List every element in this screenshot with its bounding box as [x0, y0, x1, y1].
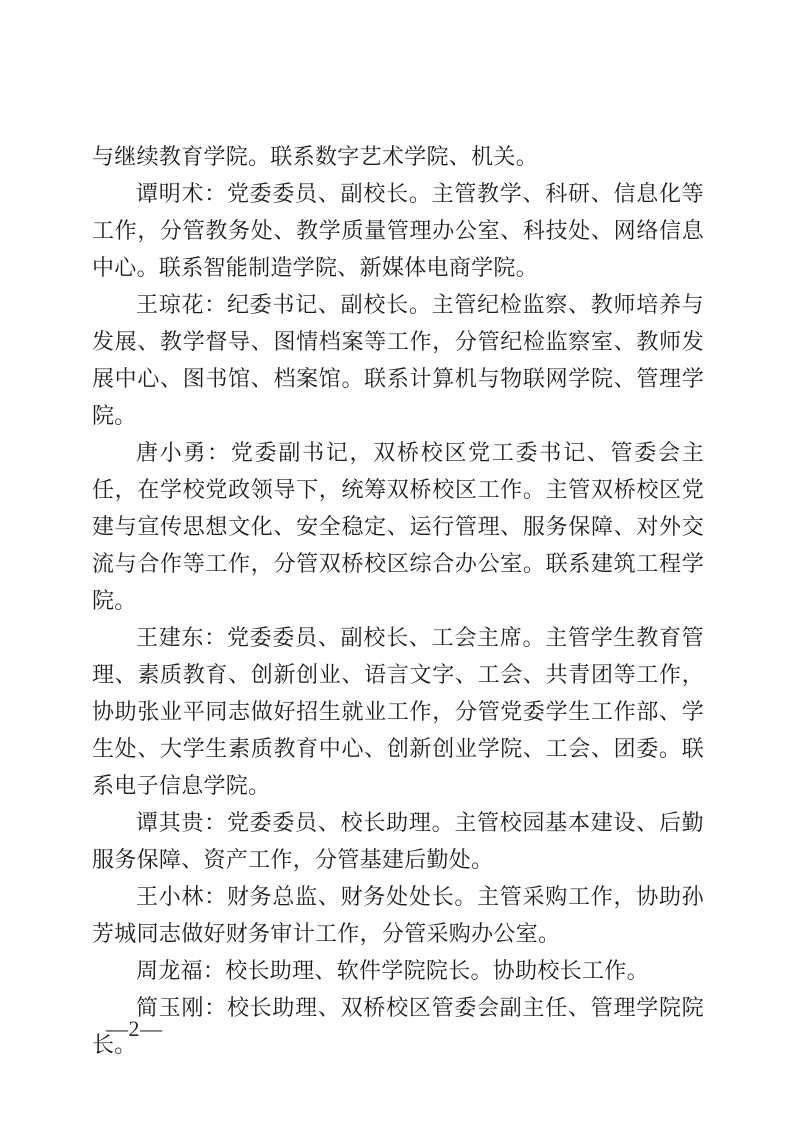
document-page: 与继续教育学院。联系数字艺术学院、机关。 谭明术：党委委员、副校长。主管教学、科… — [0, 0, 794, 1122]
paragraph-continuation: 与继续教育学院。联系数字艺术学院、机关。 — [92, 138, 704, 175]
paragraph-zhou-longfu: 周龙福：校长助理、软件学院院长。协助校长工作。 — [92, 952, 704, 989]
paragraph-tang-xiaoyong: 唐小勇：党委副书记，双桥校区党工委书记、管委会主任，在学校党政领导下，统筹双桥校… — [92, 434, 704, 619]
paragraph-tan-qigui: 谭其贵：党委委员、校长助理。主管校园基本建设、后勤服务保障、资产工作，分管基建后… — [92, 804, 704, 878]
paragraph-wang-xiaolin: 王小林：财务总监、财务处处长。主管采购工作，协助孙芳城同志做好财务审计工作，分管… — [92, 878, 704, 952]
page-number: —2— — [106, 1016, 163, 1042]
paragraph-tan-mingshu: 谭明术：党委委员、副校长。主管教学、科研、信息化等工作，分管教务处、教学质量管理… — [92, 175, 704, 286]
document-body: 与继续教育学院。联系数字艺术学院、机关。 谭明术：党委委员、副校长。主管教学、科… — [92, 138, 704, 1063]
paragraph-jian-yugang: 简玉刚：校长助理、双桥校区管委会副主任、管理学院院长。 — [92, 989, 704, 1063]
paragraph-wang-qionghua: 王琼花：纪委书记、副校长。主管纪检监察、教师培养与发展、教学督导、图情档案等工作… — [92, 286, 704, 434]
paragraph-wang-jiandong: 王建东：党委委员、副校长、工会主席。主管学生教育管理、素质教育、创新创业、语言文… — [92, 619, 704, 804]
